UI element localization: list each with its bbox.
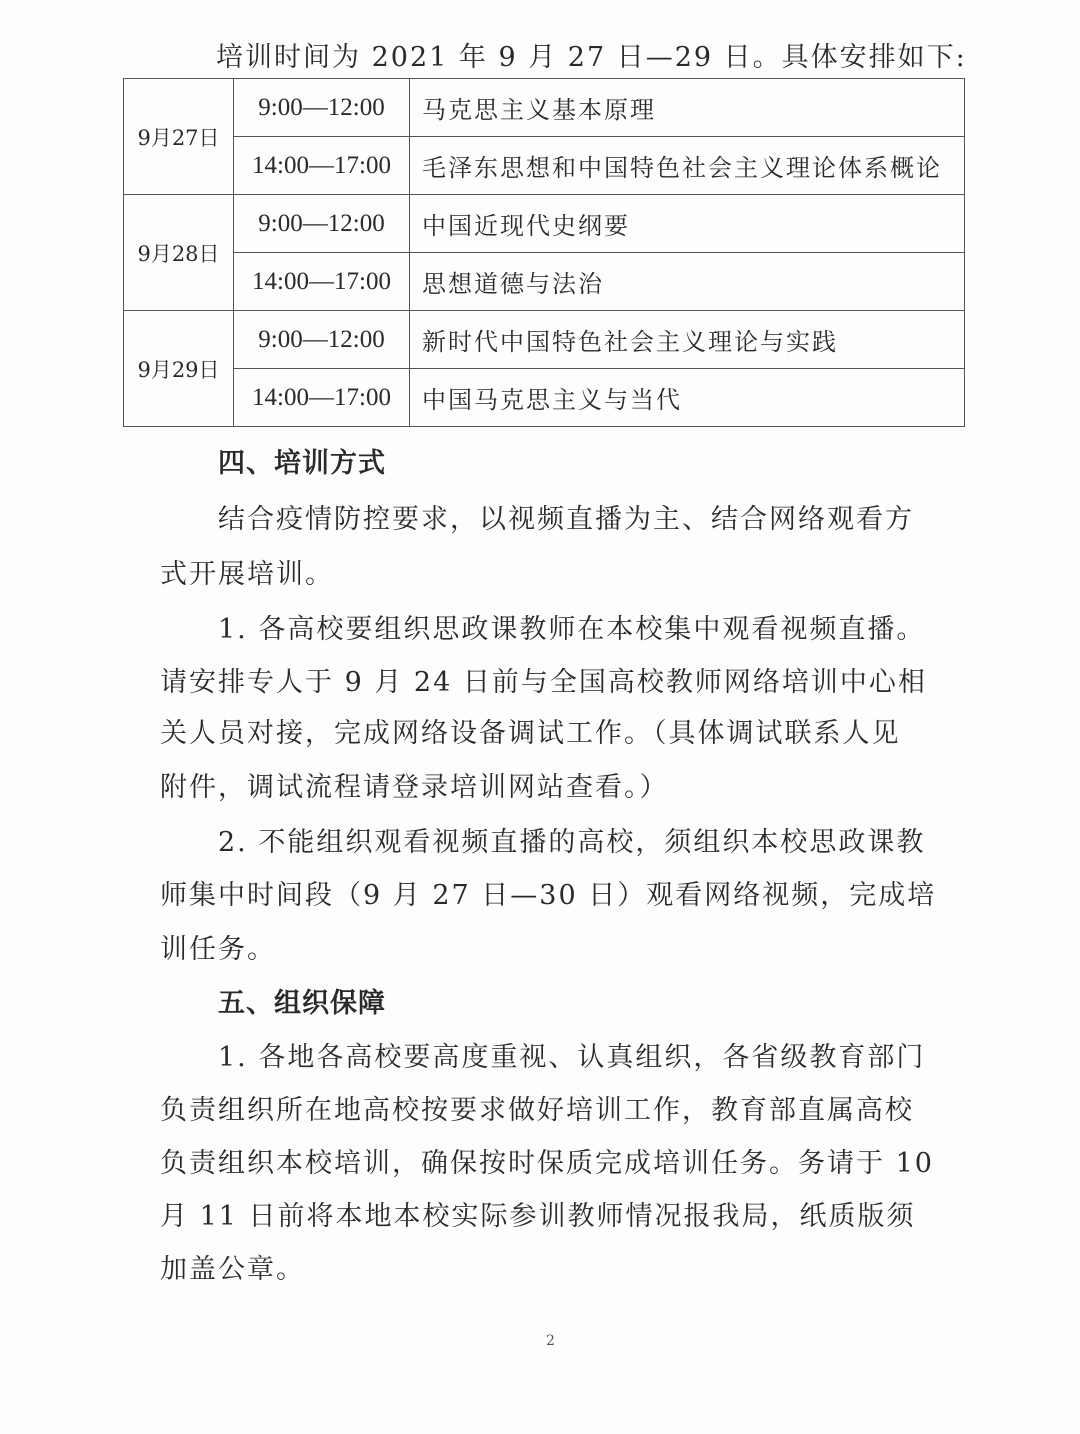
section-heading-training-method: 四、培训方式 <box>218 446 386 482</box>
paragraph-line: 月 11 日前将本地本校实际参训教师情况报我局，纸质版须 <box>160 1199 916 1235</box>
paragraph-line: 负责组织所在地高校按要求做好培训工作，教育部直属高校 <box>160 1093 914 1129</box>
paragraph-line: 关人员对接，完成网络设备调试工作。（具体调试联系人见 <box>160 716 901 752</box>
training-schedule-table: 9月27日 9:00—12:00 马克思主义基本原理 14:00—17:00 毛… <box>123 78 965 427</box>
time-cell: 9:00—12:00 <box>234 195 410 253</box>
page-number: 2 <box>546 1333 555 1349</box>
table-row: 14:00—17:00 毛泽东思想和中国特色社会主义理论体系概论 <box>124 137 965 195</box>
date-cell: 9月29日 <box>124 311 234 427</box>
course-cell: 思想道德与法治 <box>410 253 965 311</box>
time-cell: 9:00—12:00 <box>234 311 410 369</box>
table-row: 9月27日 9:00—12:00 马克思主义基本原理 <box>124 79 965 137</box>
section-heading-organization: 五、组织保障 <box>218 986 386 1022</box>
paragraph-line: 结合疫情防控要求，以视频直播为主、结合网络观看方 <box>218 502 914 538</box>
paragraph-line: 1. 各地各高校要高度重视、认真组织，各省级教育部门 <box>218 1040 925 1076</box>
time-cell: 9:00—12:00 <box>234 79 410 137</box>
course-cell: 中国马克思主义与当代 <box>410 369 965 427</box>
paragraph-line: 式开展培训。 <box>160 557 334 593</box>
time-cell: 14:00—17:00 <box>234 369 410 427</box>
course-cell: 马克思主义基本原理 <box>410 79 965 137</box>
paragraph-line: 1. 各高校要组织思政课教师在本校集中观看视频直播。 <box>218 612 925 648</box>
course-cell: 中国近现代史纲要 <box>410 195 965 253</box>
paragraph-line: 师集中时间段（9 月 27 日—30 日）观看网络视频，完成培 <box>160 878 936 914</box>
paragraph-line: 加盖公章。 <box>160 1252 305 1288</box>
time-cell: 14:00—17:00 <box>234 137 410 195</box>
table-row: 9月28日 9:00—12:00 中国近现代史纲要 <box>124 195 965 253</box>
course-cell: 新时代中国特色社会主义理论与实践 <box>410 311 965 369</box>
date-cell: 9月27日 <box>124 79 234 195</box>
table-row: 14:00—17:00 中国马克思主义与当代 <box>124 369 965 427</box>
paragraph-line: 训任务。 <box>160 932 276 968</box>
table-row: 14:00—17:00 思想道德与法治 <box>124 253 965 311</box>
document-page: 培训时间为 2021 年 9 月 27 日—29 日。具体安排如下: 9月27日… <box>0 0 1080 1434</box>
paragraph-line: 2. 不能组织观看视频直播的高校，须组织本校思政课教 <box>218 825 925 861</box>
intro-text: 培训时间为 2021 年 9 月 27 日—29 日。具体安排如下: <box>216 40 967 76</box>
paragraph-line: 请安排专人于 9 月 24 日前与全国高校教师网络培训中心相 <box>160 665 927 701</box>
time-cell: 14:00—17:00 <box>234 253 410 311</box>
table-row: 9月29日 9:00—12:00 新时代中国特色社会主义理论与实践 <box>124 311 965 369</box>
date-cell: 9月28日 <box>124 195 234 311</box>
paragraph-line: 负责组织本校培训，确保按时保质完成培训任务。务请于 10 <box>160 1146 934 1182</box>
paragraph-line: 附件，调试流程请登录培训网站查看。） <box>160 770 669 806</box>
course-cell: 毛泽东思想和中国特色社会主义理论体系概论 <box>410 137 965 195</box>
